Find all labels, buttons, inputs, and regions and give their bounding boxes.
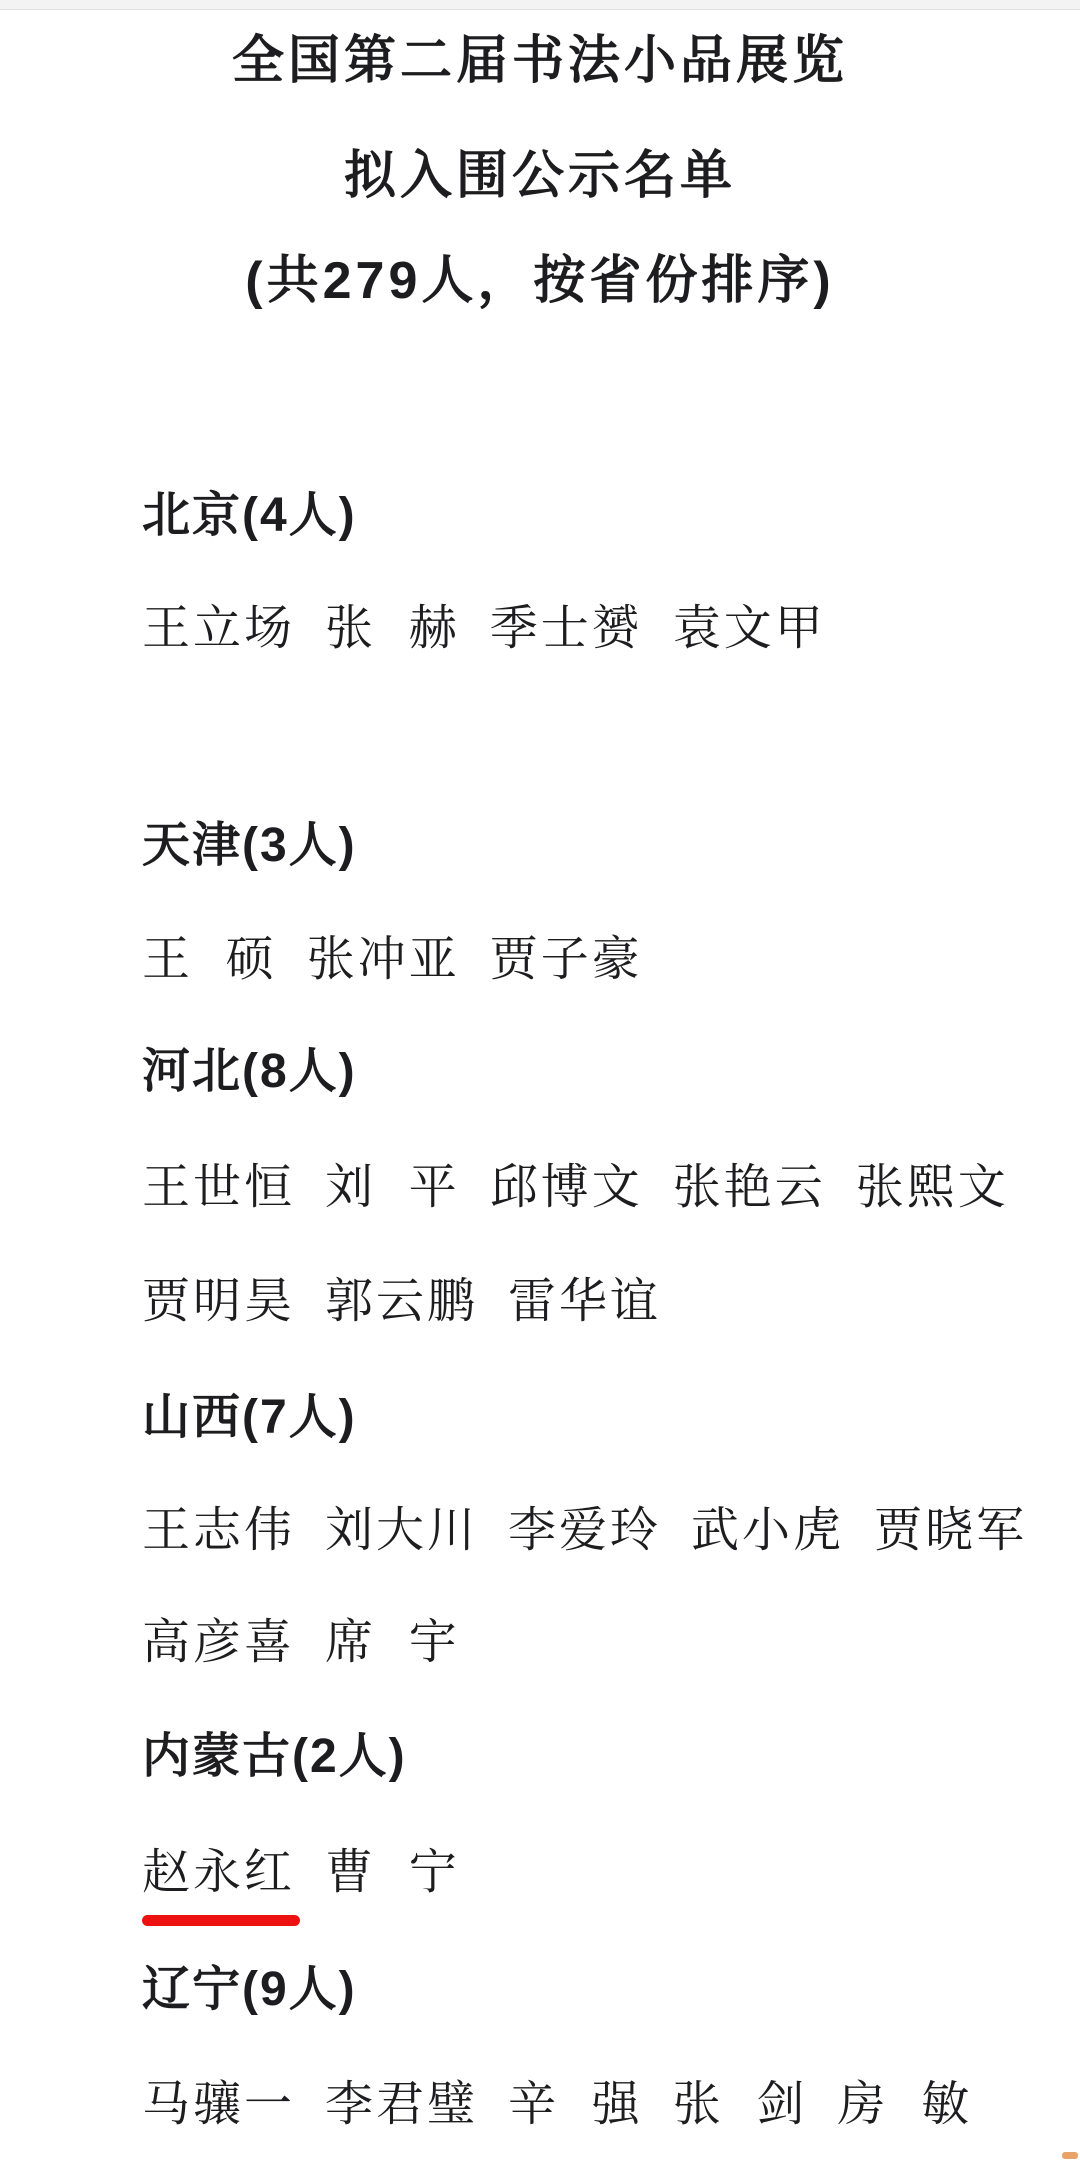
person-name: 雷华谊 xyxy=(508,1274,661,1329)
person-name: 王立场 xyxy=(142,601,295,656)
section-header-北京: 北京(4人) xyxy=(142,488,357,543)
person-name: 贾子豪 xyxy=(490,932,643,987)
person-name: 曹 宁 xyxy=(325,1845,460,1900)
person-name: 袁文甲 xyxy=(673,601,826,656)
section-header-山西: 山西(7人) xyxy=(142,1390,357,1445)
person-name: 王志伟 xyxy=(142,1503,295,1558)
person-name: 郭云鹏 xyxy=(325,1274,478,1329)
person-name: 席 宇 xyxy=(325,1615,460,1670)
section-header-河北: 河北(8人) xyxy=(142,1044,357,1099)
name-row-辽宁-1: 马骧一李君璧辛 强张 剑房 敏 xyxy=(142,2077,972,2132)
section-header-辽宁: 辽宁(9人) xyxy=(142,1962,357,2017)
red-underline-mark xyxy=(142,1915,300,1926)
section-header-内蒙古: 内蒙古(2人) xyxy=(142,1729,407,1784)
page-edge-artifact xyxy=(1062,2152,1078,2159)
person-name: 辛 强 xyxy=(508,2077,643,2132)
name-row-北京-1: 王立场张 赫季士赟袁文甲 xyxy=(142,601,826,656)
doc-title-line-2: 拟入围公示名单 xyxy=(0,147,1080,207)
person-name: 赵永红 xyxy=(142,1845,295,1900)
name-row-天津-1: 王 硕张冲亚贾子豪 xyxy=(142,932,643,987)
person-name: 张熙文 xyxy=(856,1160,1009,1215)
person-name: 高彦喜 xyxy=(142,1615,295,1670)
person-name: 武小虎 xyxy=(691,1503,844,1558)
section-header-天津: 天津(3人) xyxy=(142,818,357,873)
person-name: 邱博文 xyxy=(490,1160,643,1215)
name-row-山西-1: 王志伟刘大川李爱玲武小虎贾晓军 xyxy=(142,1503,1027,1558)
person-name: 刘 平 xyxy=(325,1160,460,1215)
person-name: 王世恒 xyxy=(142,1160,295,1215)
person-name: 张冲亚 xyxy=(307,932,460,987)
person-name: 季士赟 xyxy=(490,601,643,656)
document-page: 全国第二届书法小品展览 拟入围公示名单 (共279人，按省份排序) 北京(4人)… xyxy=(0,0,1080,2161)
person-name: 王 硕 xyxy=(142,932,277,987)
person-name: 张艳云 xyxy=(673,1160,826,1215)
doc-title-line-1: 全国第二届书法小品展览 xyxy=(0,32,1080,92)
doc-title-line-3: (共279人，按省份排序) xyxy=(0,252,1080,312)
person-name: 张 剑 xyxy=(673,2077,808,2132)
person-name: 李爱玲 xyxy=(508,1503,661,1558)
person-name: 李君璧 xyxy=(325,2077,478,2132)
top-scroll-strip xyxy=(0,0,1080,10)
person-name: 马骧一 xyxy=(142,2077,295,2132)
person-name: 房 敏 xyxy=(837,2077,972,2132)
name-row-内蒙古-1: 赵永红曹 宁 xyxy=(142,1845,460,1900)
person-name: 刘大川 xyxy=(325,1503,478,1558)
person-name: 贾晓军 xyxy=(874,1503,1027,1558)
name-row-河北-1: 王世恒刘 平邱博文张艳云张熙文 xyxy=(142,1160,1009,1215)
person-name: 张 赫 xyxy=(325,601,460,656)
person-name: 贾明昊 xyxy=(142,1274,295,1329)
name-row-河北-2: 贾明昊郭云鹏雷华谊 xyxy=(142,1274,661,1329)
name-row-山西-2: 高彦喜席 宇 xyxy=(142,1615,460,1670)
